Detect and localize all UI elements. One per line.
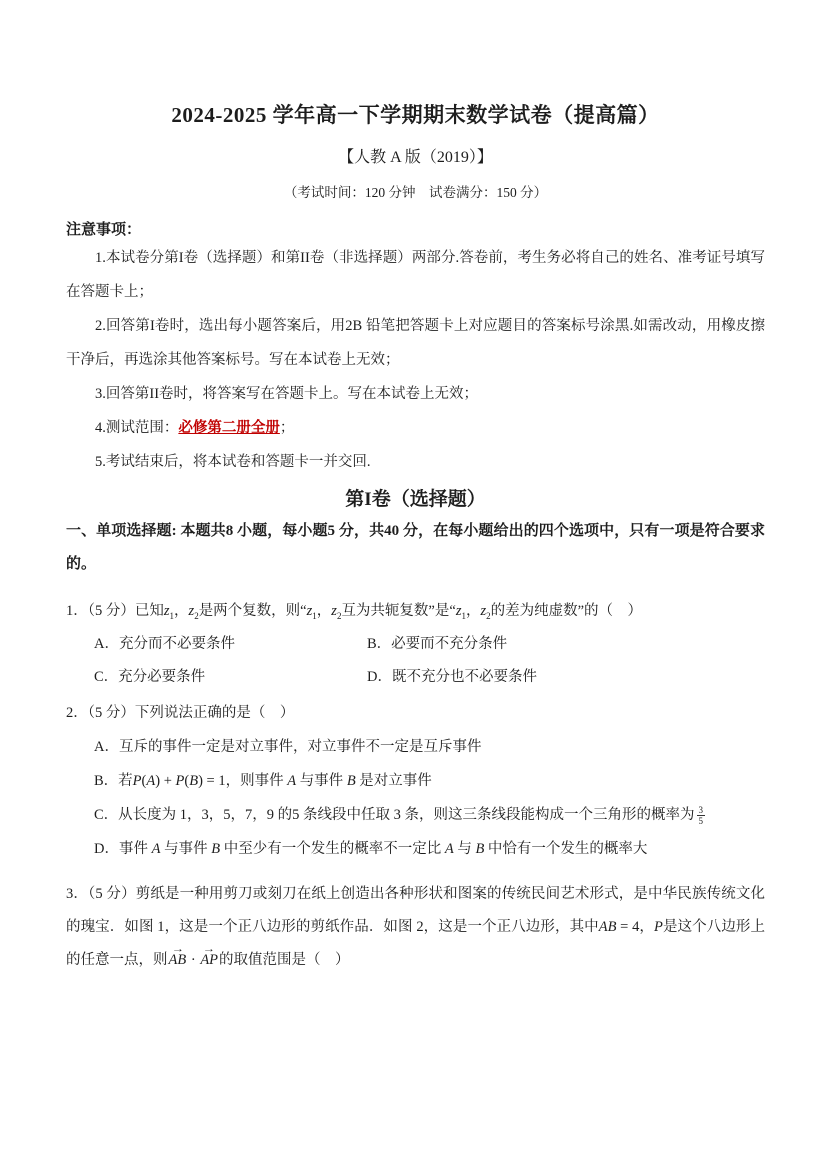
question-2-option-a: A．互斥的事件一定是对立事件，对立事件不一定是互斥事件 bbox=[94, 730, 765, 764]
section1-heading: 第I卷（选择题） bbox=[66, 485, 765, 515]
question-2-stem: 2．（5 分）下列说法正确的是（ ） bbox=[66, 697, 765, 730]
question-2-option-c: C．从长度为 1，3，5，7，9 的5 条线段中任取 3 条，则这三条线段能构成… bbox=[94, 798, 765, 832]
notice-item-2: 2.回答第I卷时，选出每小题答案后，用2B 铅笔把答题卡上对应题目的答案标号涂黑… bbox=[66, 309, 765, 377]
test-scope-highlight: 必修第二册全册 bbox=[178, 420, 280, 436]
fraction: 35 bbox=[697, 805, 706, 827]
question-1-option-d: D．既不充分也不必要条件 bbox=[367, 661, 765, 694]
question-2: 2．（5 分）下列说法正确的是（ ） A．互斥的事件一定是对立事件，对立事件不一… bbox=[66, 697, 765, 866]
question-1: 1．（5 分）已知z1，z2是两个复数，则“z1，z2互为共轭复数”是“z1，z… bbox=[66, 595, 765, 694]
question-1-option-b: B．必要而不充分条件 bbox=[367, 628, 765, 661]
notice-item-4: 4.测试范围：必修第二册全册； bbox=[66, 411, 765, 445]
page-content: 2024-2025 学年高一下学期期末数学试卷（提高篇） 【人教 A 版（201… bbox=[0, 0, 827, 977]
edition-line: 【人教 A 版（2019）】 bbox=[66, 148, 765, 168]
question-1-option-c: C．充分必要条件 bbox=[94, 661, 367, 694]
notice-item-1: 1.本试卷分第I卷（选择题）和第II卷（非选择题）两部分.答卷前，考生务必将自己… bbox=[66, 241, 765, 309]
notice-item-5: 5.考试结束后，将本试卷和答题卡一并交回. bbox=[66, 445, 765, 479]
notice-heading: 注意事项： bbox=[66, 219, 765, 241]
question-3: 3．（5 分）剪纸是一种用剪刀或刻刀在纸上创造出各种形状和图案的传统民间艺术形式… bbox=[66, 878, 765, 977]
question-2-options: A．互斥的事件一定是对立事件，对立事件不一定是互斥事件 B．若P(A) + P(… bbox=[66, 730, 765, 866]
exam-paper-page: 2024-2025 学年高一下学期期末数学试卷（提高篇） 【人教 A 版（201… bbox=[0, 0, 827, 1169]
vector-notation: →AB bbox=[169, 946, 187, 968]
vector-notation: →AP bbox=[200, 946, 218, 968]
notice-item-3: 3.回答第II卷时，将答案写在答题卡上。写在本试卷上无效； bbox=[66, 377, 765, 411]
section1-intro: 一、单项选择题: 本题共8 小题，每小题5 分，共40 分，在每小题给出的四个选… bbox=[66, 515, 765, 581]
question-2-option-d: D．事件 A 与事件 B 中至少有一个发生的概率不一定比 A 与 B 中恰有一个… bbox=[94, 832, 765, 866]
question-1-options: A．充分而不必要条件 B．必要而不充分条件 C．充分必要条件 D．既不充分也不必… bbox=[66, 628, 765, 694]
question-2-option-b: B．若P(A) + P(B) = 1，则事件 A 与事件 B 是对立事件 bbox=[94, 764, 765, 798]
question-1-option-a: A．充分而不必要条件 bbox=[94, 628, 367, 661]
page-title: 2024-2025 学年高一下学期期末数学试卷（提高篇） bbox=[66, 102, 765, 128]
exam-meta-line: （考试时间：120 分钟 试卷满分：150 分） bbox=[66, 183, 765, 202]
question-1-stem: 1．（5 分）已知z1，z2是两个复数，则“z1，z2互为共轭复数”是“z1，z… bbox=[66, 595, 765, 628]
question-3-stem: 3．（5 分）剪纸是一种用剪刀或刻刀在纸上创造出各种形状和图案的传统民间艺术形式… bbox=[66, 878, 765, 977]
